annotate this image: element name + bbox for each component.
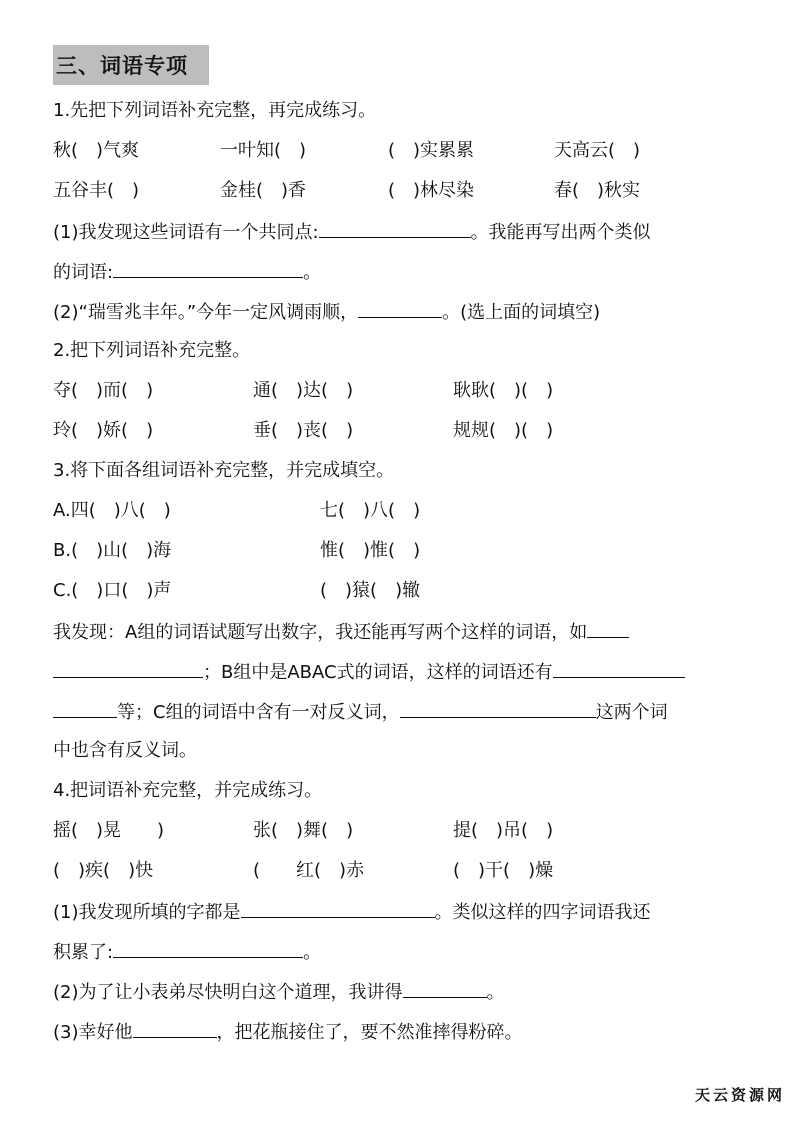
q1-word: ( )实累累 bbox=[388, 139, 474, 163]
q1-word: 春( )秋实 bbox=[554, 179, 640, 203]
q4-sub3-text-b: ，把花瓶接住了，要不然准摔得粉碎。 bbox=[217, 1022, 523, 1043]
q4-sub1-text-d: 。 bbox=[303, 942, 321, 963]
q3-word: ( )猿( )辙 bbox=[320, 579, 420, 603]
q2-word: 夺( )而( ) bbox=[53, 379, 153, 403]
answer-blank[interactable] bbox=[53, 699, 117, 718]
answer-blank[interactable] bbox=[587, 619, 629, 638]
q1-sub2-text-b: 。(选上面的词填空) bbox=[442, 302, 600, 323]
q1-sub1-text-d: 。 bbox=[303, 262, 321, 283]
q2-word: 耿耿( )( ) bbox=[453, 379, 553, 403]
section-title: 三、词语专项 bbox=[53, 45, 209, 85]
answer-blank[interactable] bbox=[241, 899, 435, 918]
q4-sub1-text-a: (1)我发现所填的字都是 bbox=[53, 902, 241, 923]
q3-find-text-c: 等；C组的词语中含有一对反义词， bbox=[117, 702, 400, 723]
q4-word: 摇( )晃 ) bbox=[53, 819, 164, 843]
q4-sub1-text-b: 。类似这样的四字词语我还 bbox=[435, 902, 651, 923]
q1-sub2-text-a: (2)“瑞雪兆丰年。”今年一定风调雨顺， bbox=[53, 302, 358, 323]
q2-prompt: 2.把下列词语补充完整。 bbox=[53, 339, 250, 363]
q1-prompt: 1.先把下列词语补充完整，再完成练习。 bbox=[53, 99, 376, 123]
q4-word: 提( )吊( ) bbox=[453, 819, 553, 843]
q2-word: 玲( )娇( ) bbox=[53, 419, 153, 443]
q3-find-text-a: 我发现：A组的词语试题写出数字，我还能再写两个这样的词语，如 bbox=[53, 622, 587, 643]
q1-word: 天高云( ) bbox=[554, 139, 640, 163]
answer-blank[interactable] bbox=[53, 659, 203, 678]
q4-sub1-line1: (1)我发现所填的字都是。类似这样的四字词语我还 bbox=[53, 899, 651, 925]
q3-word: B.( )山( )海 bbox=[53, 539, 171, 563]
answer-blank[interactable] bbox=[319, 219, 471, 238]
q4-word: ( )疾( )快 bbox=[53, 859, 153, 883]
q3-word: C.( )口( )声 bbox=[53, 579, 171, 603]
q4-sub2: (2)为了让小表弟尽快明白这个道理，我讲得。 bbox=[53, 979, 505, 1005]
q1-word: 秋( )气爽 bbox=[53, 139, 139, 163]
q1-sub1-text-a: (1)我发现这些词语有一个共同点: bbox=[53, 222, 319, 243]
watermark: 天云资源网 bbox=[695, 1084, 785, 1105]
q4-sub2-text-a: (2)为了让小表弟尽快明白这个道理，我讲得 bbox=[53, 982, 403, 1003]
q1-word: 金桂( )香 bbox=[220, 179, 306, 203]
q4-sub3-text-a: (3)幸好他 bbox=[53, 1022, 133, 1043]
q4-sub3: (3)幸好他，把花瓶接住了，要不然准摔得粉碎。 bbox=[53, 1019, 523, 1045]
q1-sub1-line2: 的词语:。 bbox=[53, 259, 321, 285]
q3-find-line4: 中也含有反义词。 bbox=[53, 739, 197, 763]
answer-blank[interactable] bbox=[358, 299, 442, 318]
q1-sub1-text-c: 的词语: bbox=[53, 262, 113, 283]
q3-word: 惟( )惟( ) bbox=[320, 539, 420, 563]
answer-blank[interactable] bbox=[113, 259, 303, 278]
answer-blank[interactable] bbox=[113, 939, 303, 958]
answer-blank[interactable] bbox=[553, 659, 685, 678]
q4-sub1-text-c: 积累了: bbox=[53, 942, 113, 963]
answer-blank[interactable] bbox=[400, 699, 596, 718]
q4-word: ( )干( )燥 bbox=[453, 859, 553, 883]
q1-sub2: (2)“瑞雪兆丰年。”今年一定风调雨顺，。(选上面的词填空) bbox=[53, 299, 600, 325]
answer-blank[interactable] bbox=[133, 1019, 217, 1038]
q1-word: 五谷丰( ) bbox=[53, 179, 139, 203]
q4-word: 张( )舞( ) bbox=[253, 819, 353, 843]
q1-word: ( )林尽染 bbox=[388, 179, 474, 203]
q4-sub2-text-b: 。 bbox=[487, 982, 505, 1003]
q2-word: 垂( )丧( ) bbox=[253, 419, 353, 443]
q3-word: A.四( )八( ) bbox=[53, 499, 171, 523]
q3-find-line1: 我发现：A组的词语试题写出数字，我还能再写两个这样的词语，如 bbox=[53, 619, 629, 645]
q3-find-line2: ；B组中是ABAC式的词语，这样的词语还有 bbox=[53, 659, 685, 685]
q4-word: ( 红( )赤 bbox=[253, 859, 364, 883]
q1-sub1-text-b: 。我能再写出两个类似 bbox=[471, 222, 651, 243]
q1-word: 一叶知( ) bbox=[220, 139, 306, 163]
q2-word: 规规( )( ) bbox=[453, 419, 553, 443]
q3-find-text-d: 这两个词 bbox=[596, 702, 668, 723]
q1-sub1-line1: (1)我发现这些词语有一个共同点:。我能再写出两个类似 bbox=[53, 219, 651, 245]
q4-sub1-line2: 积累了:。 bbox=[53, 939, 321, 965]
q3-word: 七( )八( ) bbox=[320, 499, 420, 523]
q2-word: 通( )达( ) bbox=[253, 379, 353, 403]
answer-blank[interactable] bbox=[403, 979, 487, 998]
q3-find-line3: 等；C组的词语中含有一对反义词，这两个词 bbox=[53, 699, 668, 725]
q3-find-text-b: ；B组中是ABAC式的词语，这样的词语还有 bbox=[203, 662, 553, 683]
q4-prompt: 4.把词语补充完整，并完成练习。 bbox=[53, 779, 322, 803]
worksheet-page: 三、词语专项 1.先把下列词语补充完整，再完成练习。 秋( )气爽 一叶知( )… bbox=[0, 0, 793, 1122]
q3-prompt: 3.将下面各组词语补充完整，并完成填空。 bbox=[53, 459, 394, 483]
